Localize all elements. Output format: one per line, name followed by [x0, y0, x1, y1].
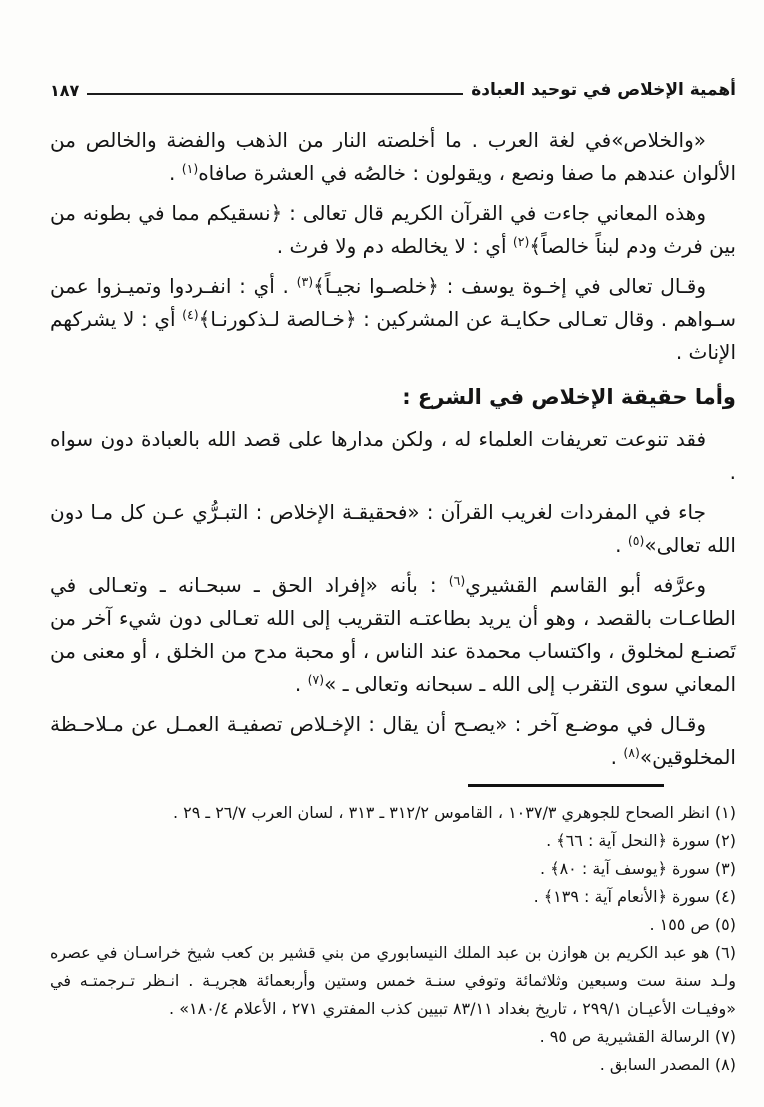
- footnote-ref: (٨): [623, 745, 640, 760]
- footnote: (٤) سورة ﴿الأنعام آية : ١٣٩﴾ .: [50, 883, 736, 911]
- paragraph: جاء في المفردات لغريب القرآن : «فحقيقـة …: [50, 496, 736, 562]
- paragraph: وهذه المعاني جاءت في القرآن الكريم قال ت…: [50, 197, 736, 263]
- page-header: أهمية الإخلاص في توحيد العبادة ١٨٧: [50, 80, 736, 100]
- text-run: جاء في المفردات لغريب القرآن : «فحقيقـة …: [50, 500, 736, 557]
- header-rule: [87, 93, 463, 95]
- footnote: (١) انظر الصحاح للجوهري ١٠٣٧/٣ ، القاموس…: [50, 799, 736, 827]
- footnote: (٧) الرسالة القشيرية ص ٩٥ .: [50, 1023, 736, 1051]
- text-run: .: [615, 533, 628, 557]
- section-heading: وأما حقيقة الإخلاص في الشرع :: [50, 381, 736, 414]
- text-run: أي : لا يخالطه دم ولا فرث .: [277, 234, 513, 258]
- text-run: وعرَّفه أبو القاسم القشيري: [465, 573, 706, 597]
- paragraph: وعرَّفه أبو القاسم القشيري(٦) : بأنه «إف…: [50, 569, 736, 701]
- footnote: (٣) سورة ﴿يوسف آية : ٨٠﴾ .: [50, 855, 736, 883]
- text-run: فقد تنوعت تعريفات العلماء له ، ولكن مدار…: [50, 427, 736, 484]
- paragraph: «والخلاص»في لغة العرب . ما أخلصته النار …: [50, 124, 736, 190]
- footnote-ref: (٤): [182, 307, 199, 322]
- footnote-separator: [468, 784, 664, 787]
- text-run: وقـال في موضـع آخر : «يصـح أن يقال : الإ…: [50, 712, 736, 769]
- footnote-ref: (٦): [449, 573, 466, 588]
- footnote-ref: (٣): [297, 274, 314, 289]
- footnote-ref: (٢): [513, 234, 530, 249]
- footnote: (٢) سورة ﴿النحل آية : ٦٦﴾ .: [50, 827, 736, 855]
- footnote: (٦) هو عبد الكريم بن هوازن بن عبد الملك …: [50, 939, 736, 1023]
- running-head-title: أهمية الإخلاص في توحيد العبادة: [471, 80, 736, 100]
- paragraph: وقـال في موضـع آخر : «يصـح أن يقال : الإ…: [50, 708, 736, 774]
- text-run: «والخلاص»في لغة العرب . ما أخلصته النار …: [50, 128, 736, 185]
- footnote: (٨) المصدر السابق .: [50, 1051, 736, 1079]
- body-text: «والخلاص»في لغة العرب . ما أخلصته النار …: [50, 124, 736, 774]
- paragraph: فقد تنوعت تعريفات العلماء له ، ولكن مدار…: [50, 423, 736, 489]
- book-page: أهمية الإخلاص في توحيد العبادة ١٨٧ «والخ…: [0, 0, 764, 1107]
- footnote-ref: (١): [182, 161, 199, 176]
- footnotes-list: (١) انظر الصحاح للجوهري ١٠٣٧/٣ ، القاموس…: [50, 799, 736, 1079]
- footnote-ref: (٥): [628, 533, 645, 548]
- paragraph: وقـال تعالى في إخـوة يوسف : ﴿خلصـوا نجيـ…: [50, 270, 736, 369]
- text-run: .: [295, 672, 308, 696]
- text-run: وقـال تعالى في إخـوة يوسف : ﴿خلصـوا نجيـ…: [313, 274, 706, 298]
- page-number: ١٨٧: [50, 81, 79, 100]
- text-run: .: [611, 745, 624, 769]
- text-run: .: [169, 161, 182, 185]
- footnote-ref: (٧): [308, 672, 325, 687]
- text-run: وأما حقيقة الإخلاص في الشرع :: [402, 385, 736, 409]
- footnote: (٥) ص ١٥٥ .: [50, 911, 736, 939]
